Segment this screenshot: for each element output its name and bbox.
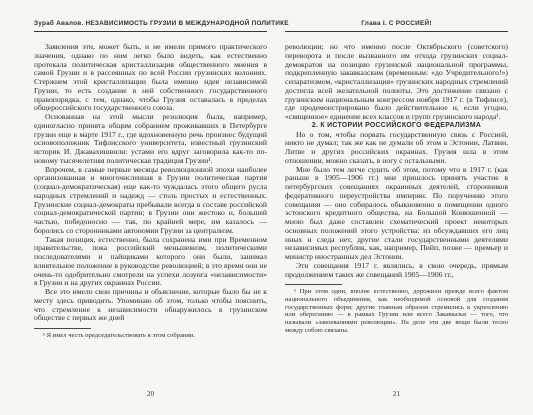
book-spread: Зураб Авалов. НЕЗАВИСИМОСТЬ ГРУЗИИ В МЕЖ… bbox=[0, 0, 533, 415]
footnote-right: ¹ При этом одни, вполне естественно, дор… bbox=[285, 288, 508, 334]
right-page: Глава I. С РОССИЕЙ! революции; но что им… bbox=[285, 20, 508, 415]
footnote-rule-left bbox=[34, 328, 91, 329]
body-paragraph: Такая позиция, естественно, была сохране… bbox=[34, 236, 267, 289]
footnote-left: ¹ Я имел честь председательствовать в эт… bbox=[34, 332, 267, 340]
right-page-body: революции; но что именно после Октябрьск… bbox=[285, 43, 508, 279]
body-paragraph: Эти совещания 1917 г. являлись, в свою о… bbox=[285, 262, 508, 280]
body-paragraph: Все это имело свои причины и объяснение,… bbox=[34, 288, 267, 323]
left-page: Зураб Авалов. НЕЗАВИСИМОСТЬ ГРУЗИИ В МЕЖ… bbox=[34, 20, 267, 415]
body-paragraph: Основанная на этой мысли резолюция была,… bbox=[34, 113, 267, 166]
running-head-right: Глава I. С РОССИЕЙ! bbox=[285, 20, 508, 27]
left-page-body: Заявления эти, может быть, и не имели пр… bbox=[34, 43, 267, 323]
body-paragraph-continuation: революции; но что именно после Октябрьск… bbox=[285, 43, 508, 122]
body-paragraph: Но о том, чтобы порвать государственную … bbox=[285, 131, 508, 166]
running-head-left: Зураб Авалов. НЕЗАВИСИМОСТЬ ГРУЗИИ В МЕЖ… bbox=[34, 20, 267, 27]
header-rule-left bbox=[34, 31, 267, 32]
footnote-rule-right bbox=[285, 284, 342, 285]
page-number-right: 21 bbox=[285, 390, 508, 398]
page-number-left: 20 bbox=[34, 390, 267, 398]
header-rule-right bbox=[285, 31, 508, 32]
body-paragraph: Впрочем, в самые первые месяцы революцио… bbox=[34, 166, 267, 236]
body-paragraph: Заявления эти, может быть, и не имели пр… bbox=[34, 43, 267, 113]
body-paragraph: Мне было тем легче судить об этом, потом… bbox=[285, 166, 508, 262]
